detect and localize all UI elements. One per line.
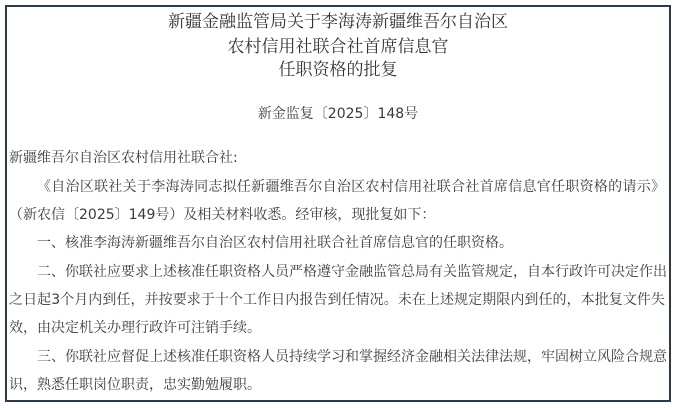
body-item-2-line-2: 之日起3个月内到任，并按要求于十个工作日内报告到任情况。未在上述规定期限内到任的… — [9, 290, 665, 310]
document-number: 新金监复〔2025〕148号 — [7, 104, 669, 124]
document-title-line-1: 新疆金融监管局关于李海涛新疆维吾尔自治区 — [7, 11, 669, 33]
body-item-2-line-3: 效，由决定机关办理行政许可注销手续。 — [9, 318, 261, 338]
addressee: 新疆维吾尔自治区农村信用社联合社: — [9, 148, 238, 168]
document-title-line-3: 任职资格的批复 — [7, 59, 669, 81]
body-paragraph-request-title: 《自治区联社关于李海涛同志拟任新疆维吾尔自治区农村信用社联合社首席信息官任职资格… — [37, 177, 665, 197]
body-item-3-line-2: 识，熟悉任职岗位职责，忠实勤勉履职。 — [9, 375, 261, 395]
body-paragraph-request-ref: （新农信〔2025〕149号）及相关材料收悉。经审核，现批复如下： — [9, 205, 435, 225]
document-title-line-2: 农村信用社联合社首席信息官 — [7, 36, 669, 58]
body-item-3-line-1: 三、你联社应督促上述核准任职资格人员持续学习和掌握经济金融相关法律法规，牢固树立… — [37, 347, 665, 367]
body-item-2-line-1: 二、你联社应要求上述核准任职资格人员严格遵守金融监管总局有关监管规定，自本行政许… — [37, 262, 665, 282]
document-frame: 新疆金融监管局关于李海涛新疆维吾尔自治区 农村信用社联合社首席信息官 任职资格的… — [5, 5, 671, 402]
body-item-1: 一、核准李海涛新疆维吾尔自治区农村信用社联合社首席信息官的任职资格。 — [37, 233, 513, 253]
